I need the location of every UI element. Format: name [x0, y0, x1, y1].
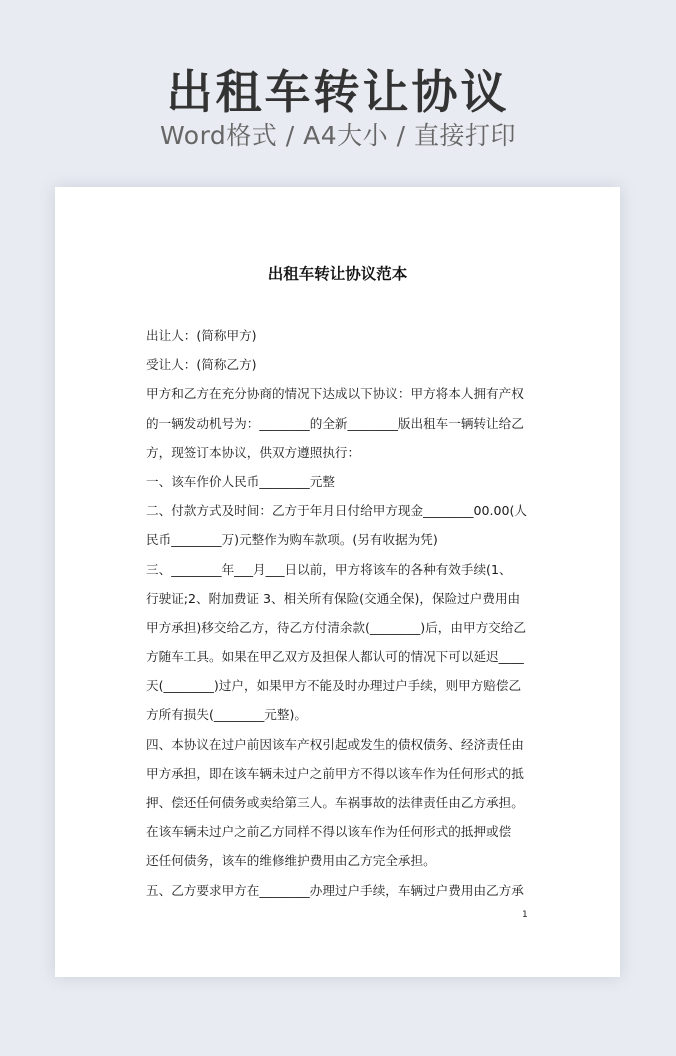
document-page: 出租车转让协议范本 出让人：(简称甲方) 受让人：(简称乙方) 甲方和乙方在充分… — [55, 187, 620, 977]
document-line: 方，现签订本协议，供双方遵照执行： — [146, 438, 532, 467]
document-line: 甲方和乙方在充分协商的情况下达成以下协议：甲方将本人拥有产权 — [146, 379, 532, 408]
document-line: 甲方承担)移交给乙方，待乙方付清余款(________)后，由甲方交给乙 — [146, 613, 532, 642]
document-title: 出租车转让协议范本 — [55, 263, 620, 285]
document-line: 行驶证;2、附加费证 3、相关所有保险(交通全保)，保险过户费用由 — [146, 584, 532, 613]
document-line: 二、付款方式及时间：乙方于年月日付给甲方现金________00.00(人 — [146, 496, 532, 525]
document-line: 出让人：(简称甲方) — [146, 321, 532, 350]
document-body: 出让人：(简称甲方) 受让人：(简称乙方) 甲方和乙方在充分协商的情况下达成以下… — [146, 321, 532, 905]
document-line: 一、该车作价人民币________元整 — [146, 467, 532, 496]
banner-title: 出租车转让协议 — [0, 62, 676, 122]
document-line: 押、偿还任何债务或卖给第三人。车祸事故的法律责任由乙方承担。 — [146, 788, 532, 817]
document-line: 四、本协议在过户前因该车产权引起或发生的债权债务、经济责任由 — [146, 730, 532, 759]
banner-subtitle: Word格式 / A4大小 / 直接打印 — [0, 118, 676, 154]
document-line: 甲方承担，即在该车辆未过户之前甲方不得以该车作为任何形式的抵 — [146, 759, 532, 788]
document-line: 的一辆发动机号为：________的全新________版出租车一辆转让给乙 — [146, 409, 532, 438]
document-line: 方所有损失(________元整)。 — [146, 700, 532, 729]
document-line: 还任何债务，该车的维修维护费用由乙方完全承担。 — [146, 846, 532, 875]
document-line: 民币________万)元整作为购车款项。(另有收据为凭) — [146, 525, 532, 554]
document-line: 五、乙方要求甲方在________办理过户手续，车辆过户费用由乙方承 — [146, 876, 532, 905]
document-line: 方随车工具。如果在甲乙双方及担保人都认可的情况下可以延迟____ — [146, 642, 532, 671]
document-line: 受让人：(简称乙方) — [146, 350, 532, 379]
document-line: 三、________年___月___日以前，甲方将该车的各种有效手续(1、 — [146, 555, 532, 584]
document-line: 在该车辆未过户之前乙方同样不得以该车作为任何形式的抵押或偿 — [146, 817, 532, 846]
page-number: 1 — [522, 910, 528, 920]
document-line: 天(________)过户，如果甲方不能及时办理过户手续，则甲方赔偿乙 — [146, 671, 532, 700]
